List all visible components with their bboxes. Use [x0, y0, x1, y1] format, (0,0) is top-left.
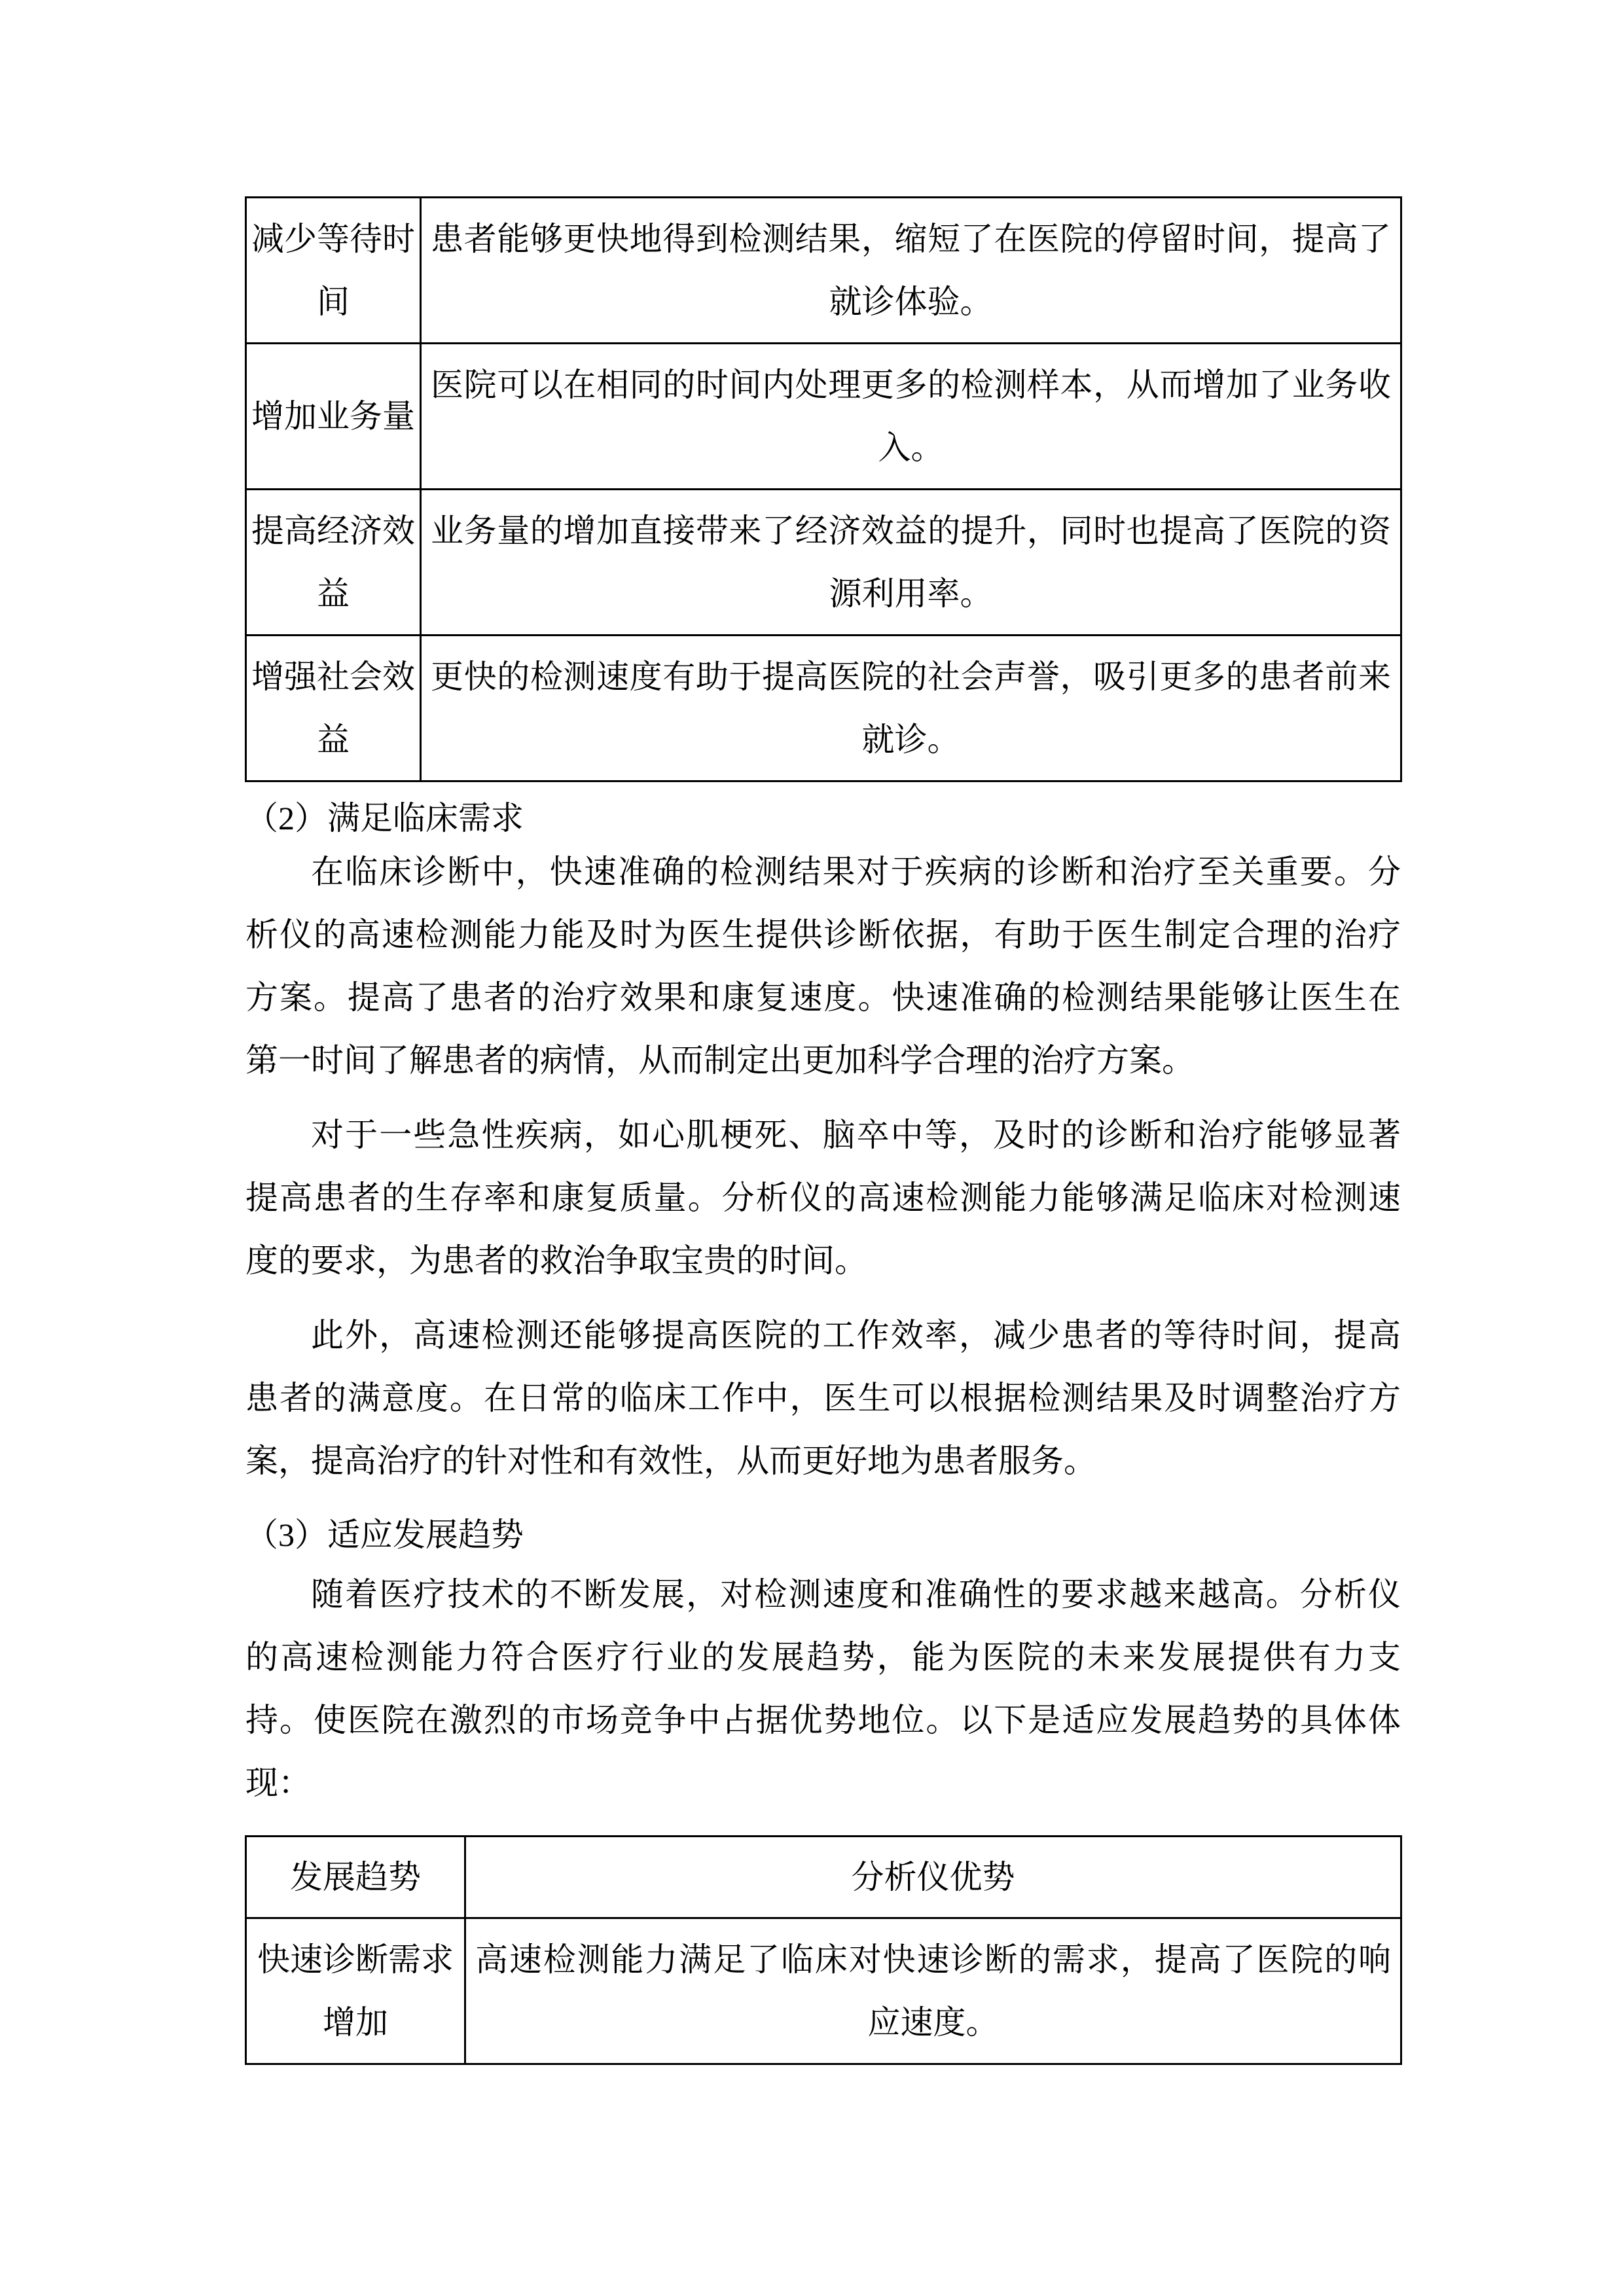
cell-content: 患者能够更快地得到检测结果，缩短了在医院的停留时间，提高了 就诊体验。	[422, 198, 1400, 342]
cell-content: 分析仪优势	[466, 1837, 1400, 1917]
label-line: 增强社会效	[247, 645, 420, 708]
label-line: 间	[247, 270, 420, 333]
desc-line: 高速检测能力满足了临床对快速诊断的需求，提高了医院的响	[475, 1928, 1391, 1991]
paragraph-line: 提高患者的生存率和康复质量。分析仪的高速检测能力能够满足临床对检测速	[245, 1166, 1401, 1229]
row-label-cell: 增强社会效 益	[246, 636, 421, 781]
paragraph-line: 第一时间了解患者的病情，从而制定出更加科学合理的治疗方案。	[245, 1029, 1401, 1092]
paragraph-line: 对于一些急性疾病，如心肌梗死、脑卒中等，及时的诊断和治疗能够显著	[245, 1103, 1401, 1166]
table-row: 快速诊断需求 增加 高速检测能力满足了临床对快速诊断的需求，提高了医院的响 应速…	[246, 1918, 1401, 2064]
row-desc-cell: 医院可以在相同的时间内处理更多的检测样本，从而增加了业务收 入。	[421, 344, 1401, 490]
desc-line: 源利用率。	[431, 562, 1391, 625]
paragraph-line: 的高速检测能力符合医疗行业的发展趋势，能为医院的未来发展提供有力支	[245, 1626, 1401, 1689]
paragraph-line: 随着医疗技术的不断发展，对检测速度和准确性的要求越来越高。分析仪	[245, 1563, 1401, 1626]
desc-line: 入。	[431, 416, 1391, 479]
cell-content: 医院可以在相同的时间内处理更多的检测样本，从而增加了业务收 入。	[422, 344, 1400, 488]
table-header-row: 发展趋势 分析仪优势	[246, 1837, 1401, 1918]
cell-content: 更快的检测速度有助于提高医院的社会声誉，吸引更多的患者前来 就诊。	[422, 636, 1400, 780]
cell-content: 高速检测能力满足了临床对快速诊断的需求，提高了医院的响 应速度。	[466, 1919, 1400, 2063]
header-cell-advantage: 分析仪优势	[465, 1837, 1401, 1918]
header-label: 发展趋势	[247, 1846, 464, 1909]
cell-content: 增强社会效 益	[247, 636, 420, 780]
cell-content: 提高经济效 益	[247, 490, 420, 634]
paragraph: 对于一些急性疾病，如心肌梗死、脑卒中等，及时的诊断和治疗能够显著 提高患者的生存…	[245, 1103, 1401, 1292]
desc-line: 患者能够更快地得到检测结果，缩短了在医院的停留时间，提高了	[431, 207, 1391, 270]
paragraph-line: 在临床诊断中，快速准确的检测结果对于疾病的诊断和治疗至关重要。分	[245, 840, 1401, 903]
paragraph-line: 案，提高治疗的针对性和有效性，从而更好地为患者服务。	[245, 1429, 1401, 1492]
table-row: 提高经济效 益 业务量的增加直接带来了经济效益的提升，同时也提高了医院的资 源利…	[246, 490, 1401, 636]
paragraph-line: 持。使医院在激烈的市场竞争中占据优势地位。以下是适应发展趋势的具体体	[245, 1689, 1401, 1751]
label-line: 减少等待时	[247, 207, 420, 270]
label-line: 提高经济效	[247, 499, 420, 562]
paragraph: 在临床诊断中，快速准确的检测结果对于疾病的诊断和治疗至关重要。分 析仪的高速检测…	[245, 840, 1401, 1092]
benefits-table: 减少等待时 间 患者能够更快地得到检测结果，缩短了在医院的停留时间，提高了 就诊…	[245, 196, 1402, 782]
cell-content: 增加业务量	[247, 344, 420, 488]
row-label-cell: 增加业务量	[246, 344, 421, 490]
desc-line: 更快的检测速度有助于提高医院的社会声誉，吸引更多的患者前来	[431, 645, 1391, 708]
paragraph-line: 现：	[245, 1751, 1401, 1814]
desc-line: 医院可以在相同的时间内处理更多的检测样本，从而增加了业务收	[431, 353, 1391, 416]
row-desc-cell: 更快的检测速度有助于提高医院的社会声誉，吸引更多的患者前来 就诊。	[421, 636, 1401, 781]
cell-content: 快速诊断需求 增加	[247, 1919, 464, 2063]
paragraph-line: 患者的满意度。在日常的临床工作中，医生可以根据检测结果及时调整治疗方	[245, 1367, 1401, 1429]
paragraph-line: 此外，高速检测还能够提高医院的工作效率，减少患者的等待时间，提高	[245, 1304, 1401, 1367]
cell-content: 发展趋势	[247, 1837, 464, 1917]
trend-table: 发展趋势 分析仪优势 快速诊断需求 增加	[245, 1835, 1402, 2065]
label-line: 增加业务量	[247, 385, 420, 448]
paragraph-line: 析仪的高速检测能力能及时为医生提供诊断依据，有助于医生制定合理的治疗	[245, 903, 1401, 966]
label-line: 益	[247, 562, 420, 625]
document-page: 减少等待时 间 患者能够更快地得到检测结果，缩短了在医院的停留时间，提高了 就诊…	[0, 0, 1624, 2296]
label-line: 增加	[247, 1991, 464, 2054]
row-desc-cell: 高速检测能力满足了临床对快速诊断的需求，提高了医院的响 应速度。	[465, 1918, 1401, 2064]
paragraph-line: 度的要求，为患者的救治争取宝贵的时间。	[245, 1229, 1401, 1292]
desc-line: 应速度。	[475, 1991, 1391, 2054]
desc-line: 就诊。	[431, 708, 1391, 771]
row-label-cell: 提高经济效 益	[246, 490, 421, 636]
row-desc-cell: 患者能够更快地得到检测结果，缩短了在医院的停留时间，提高了 就诊体验。	[421, 198, 1401, 344]
paragraph-line: 方案。提高了患者的治疗效果和康复速度。快速准确的检测结果能够让医生在	[245, 966, 1401, 1029]
cell-content: 减少等待时 间	[247, 198, 420, 342]
label-line: 快速诊断需求	[247, 1928, 464, 1991]
row-desc-cell: 业务量的增加直接带来了经济效益的提升，同时也提高了医院的资 源利用率。	[421, 490, 1401, 636]
table-row: 减少等待时 间 患者能够更快地得到检测结果，缩短了在医院的停留时间，提高了 就诊…	[246, 198, 1401, 344]
paragraph: 此外，高速检测还能够提高医院的工作效率，减少患者的等待时间，提高 患者的满意度。…	[245, 1304, 1401, 1492]
header-label: 分析仪优势	[466, 1846, 1400, 1909]
label-line: 益	[247, 708, 420, 771]
row-label-cell: 减少等待时 间	[246, 198, 421, 344]
table-row: 增加业务量 医院可以在相同的时间内处理更多的检测样本，从而增加了业务收 入。	[246, 344, 1401, 490]
header-cell-trend: 发展趋势	[246, 1837, 465, 1918]
desc-line: 就诊体验。	[431, 270, 1391, 333]
desc-line: 业务量的增加直接带来了经济效益的提升，同时也提高了医院的资	[431, 499, 1391, 562]
section-heading: （3）适应发展趋势	[245, 1503, 1401, 1566]
row-label-cell: 快速诊断需求 增加	[246, 1918, 465, 2064]
cell-content: 业务量的增加直接带来了经济效益的提升，同时也提高了医院的资 源利用率。	[422, 490, 1400, 634]
table-row: 增强社会效 益 更快的检测速度有助于提高医院的社会声誉，吸引更多的患者前来 就诊…	[246, 636, 1401, 781]
paragraph: 随着医疗技术的不断发展，对检测速度和准确性的要求越来越高。分析仪 的高速检测能力…	[245, 1563, 1401, 1814]
